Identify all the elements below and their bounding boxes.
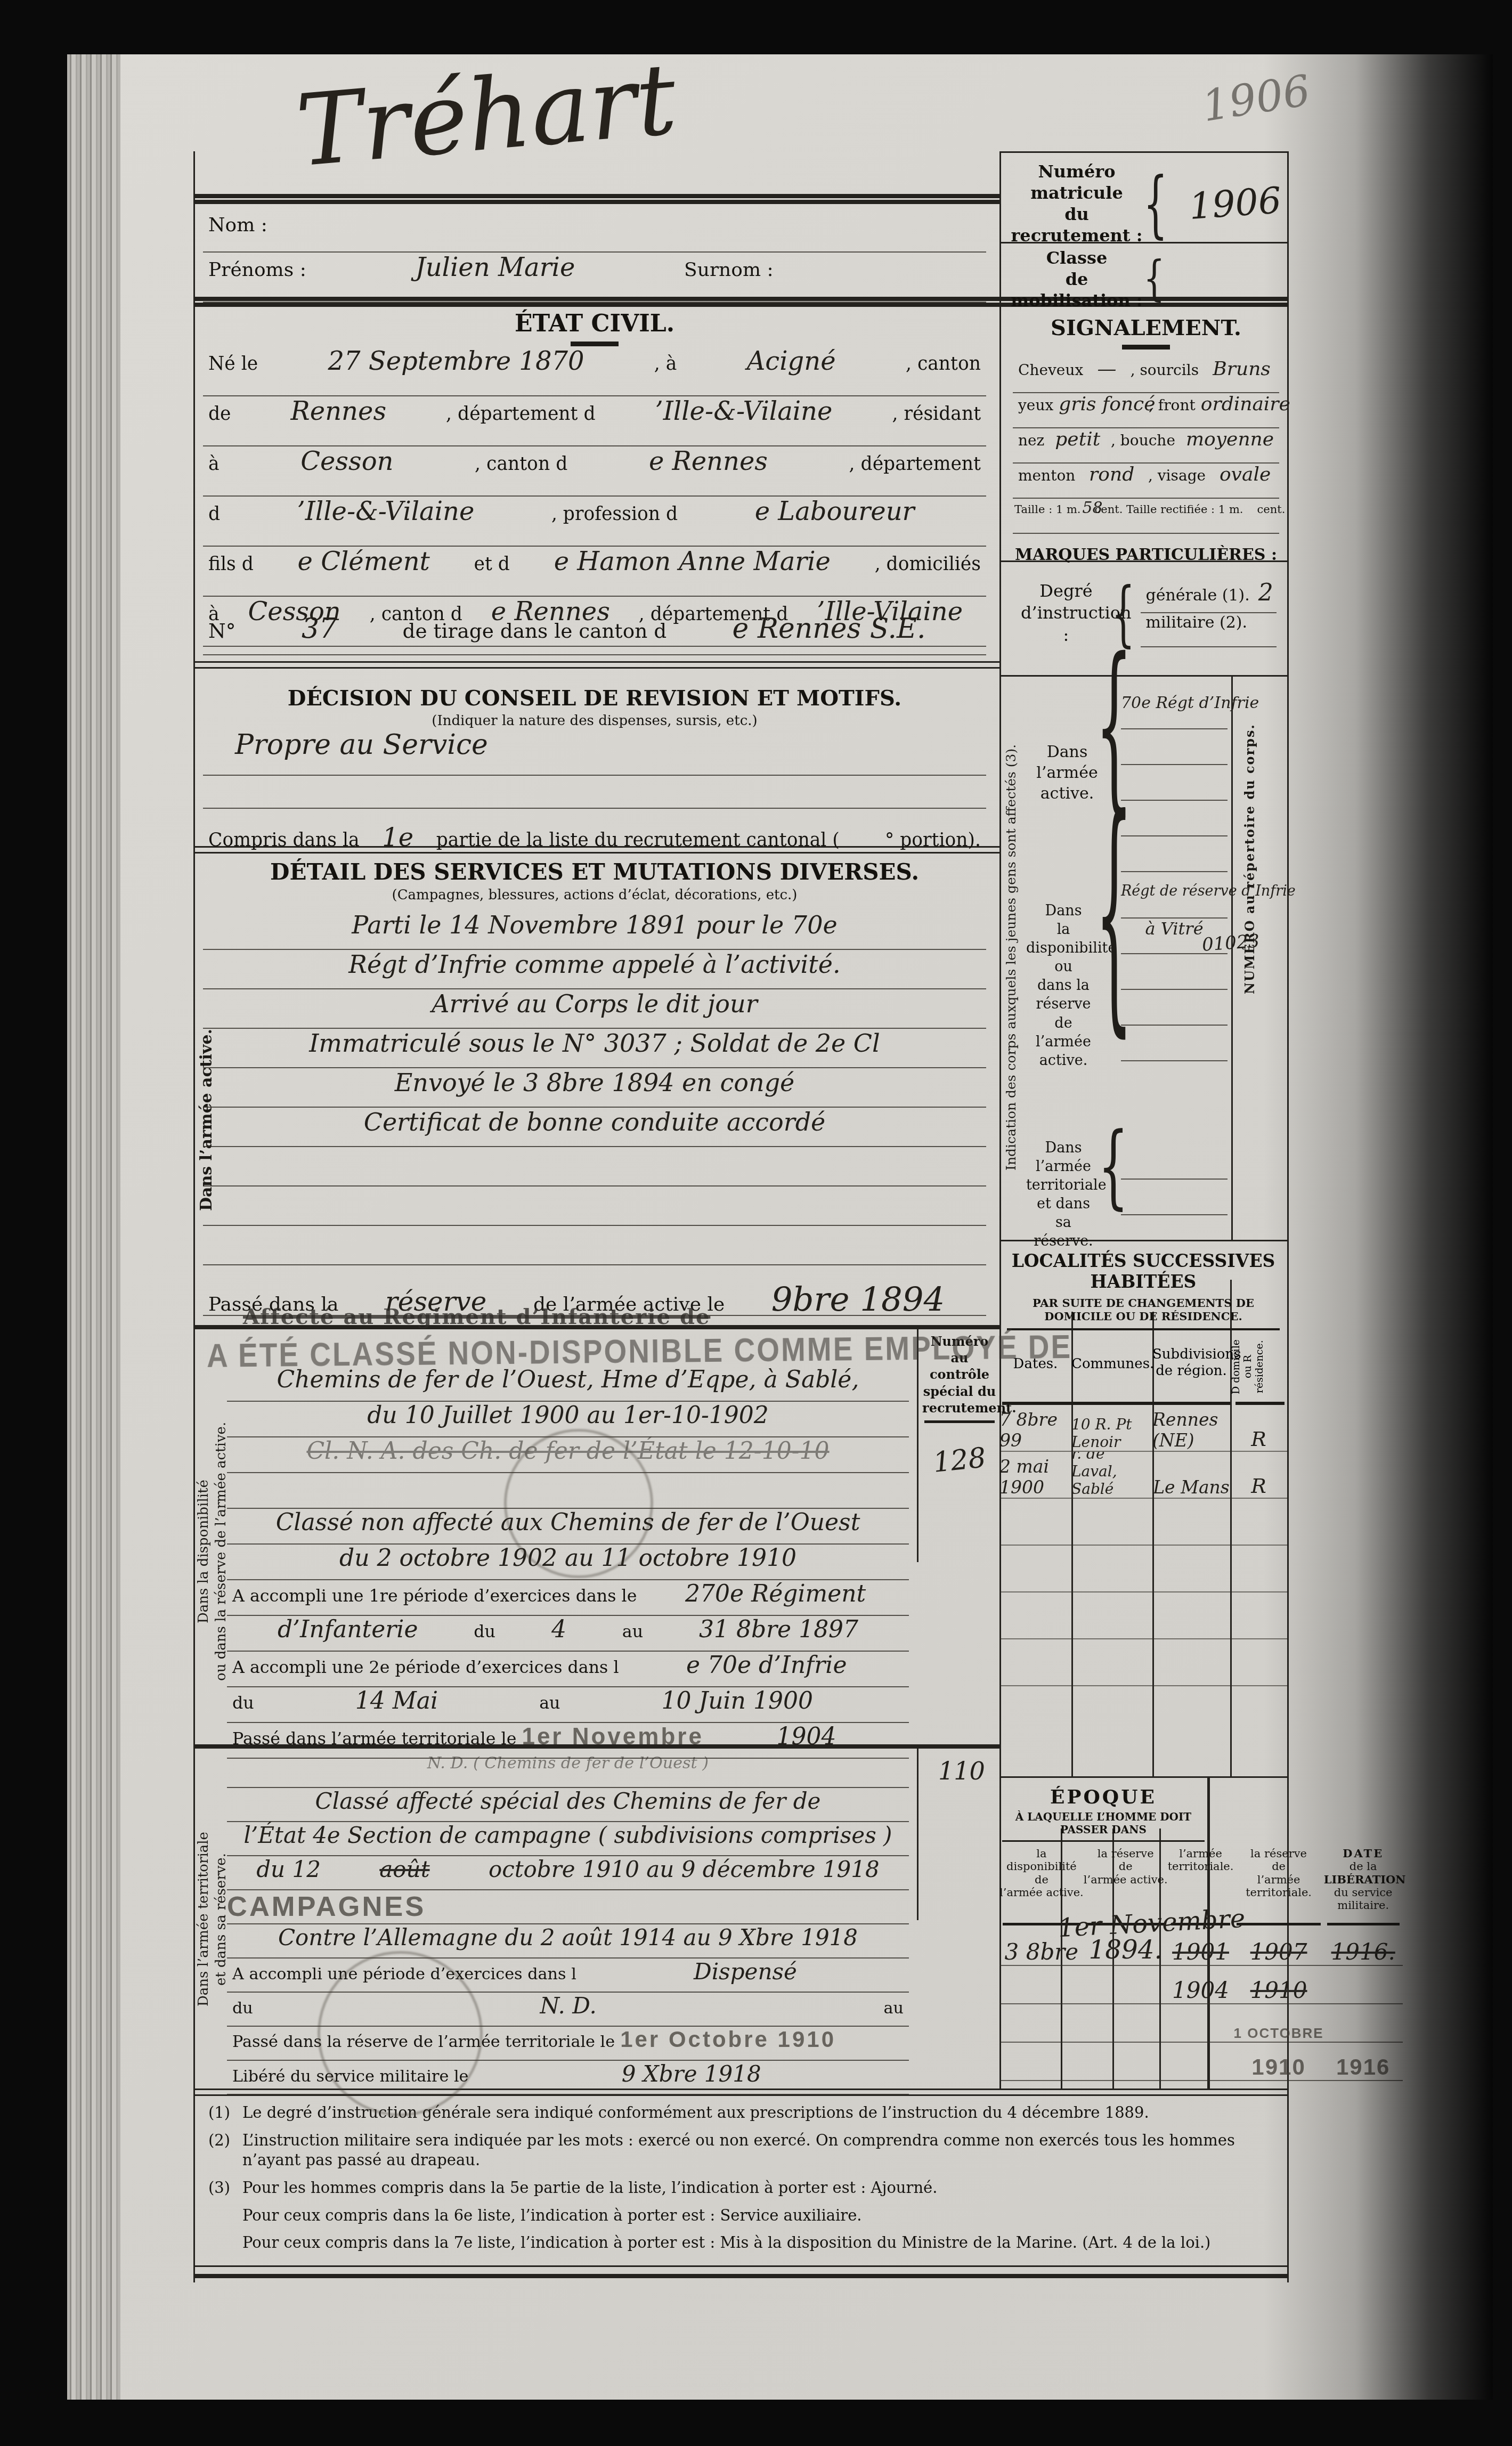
form-segment: Bruns [1204, 358, 1279, 380]
form-segment: à [203, 453, 225, 475]
brace: { [1143, 161, 1168, 246]
label-line: de région. [1152, 1363, 1230, 1379]
form-segment: , bouche [1105, 432, 1181, 449]
form-segment: petit [1050, 428, 1105, 450]
divider [1327, 1923, 1400, 1925]
label-line: sa réserve. [1026, 1213, 1101, 1250]
form-segment: 27 Septembre 1870 [263, 346, 649, 376]
matricule-block: Numéro matricule du recrutement : { 1906 [1010, 161, 1282, 246]
form-segment: ° portion). [880, 830, 986, 851]
footnote-number: (1) [208, 2103, 242, 2123]
epoque-column: l’armée territoriale. 1901 [1168, 1845, 1234, 2081]
form-segment: e Hamon Anne Marie [515, 547, 869, 576]
form-segment: ’Ille-&-Vilaine [225, 497, 546, 526]
signalement-row: Taille : 1 m. 58 cent. Taille rectifiée … [1013, 499, 1279, 534]
localites-date [999, 1592, 1071, 1639]
label-line: territoriale [1026, 1176, 1101, 1194]
localites-commune [1071, 1639, 1152, 1686]
form-segment: 9 Xbre 1918 [474, 2061, 909, 2087]
epoque-value-cell [1168, 2004, 1234, 2043]
form-segment: Contre l’Allemagne du 2 août 1914 au 9 X… [227, 1924, 909, 1951]
militaire-label: militaire (2). [1141, 613, 1253, 632]
header-line: la [999, 1847, 1084, 1860]
form-segment: Dispensé [582, 1959, 909, 1985]
service-line [203, 1147, 986, 1187]
services-title: DÉTAIL DES SERVICES ET MUTATIONS DIVERSE… [203, 859, 986, 885]
localites-col-subdiv: Subdivisions de région. [1152, 1335, 1230, 1399]
epoque-value: 1910 [1233, 1977, 1323, 2003]
form-segment: du [227, 1694, 259, 1713]
form-segment: e Laboureur [683, 497, 986, 526]
etat-civil-row: d ’Ille-&-Vilaine , profession d e Labou… [203, 497, 986, 547]
header-line: territoriale. [1168, 1860, 1234, 1873]
form-segment: , sourcils [1125, 361, 1204, 379]
service-line [203, 1187, 986, 1226]
epoque-value: 1 OCTOBRE [1233, 2025, 1323, 2042]
disponibilite-line: du 14 Mai au 10 Juin 1900 [227, 1687, 909, 1723]
epoque-value: 1901 [1168, 1939, 1234, 1965]
epoque-value-cell: 1910 [1233, 1966, 1323, 2004]
form-segment: , visage [1143, 467, 1211, 484]
decision-section: DÉCISION DU CONSEIL DE REVISION ET MOTIF… [203, 686, 986, 852]
service-line: Arrivé au Corps le dit jour [203, 989, 986, 1029]
localites-col-communes: Communes. [1071, 1335, 1152, 1399]
form-segment: Parti le 14 Novembre 1891 pour le 70e [203, 911, 986, 939]
corps-dispo-label: Dans la disponibilité ou dans la réserve… [1026, 901, 1101, 1070]
form-segment: 1er Octobre 1910 [620, 2027, 836, 2052]
non-disponible-stamp: A ÉTÉ CLASSÉ NON-DISPONIBLE COMME EMPLOY… [207, 1328, 990, 1375]
form-segment: menton [1013, 467, 1080, 484]
corps-side-label: Indication des corps auxquels les jeunes… [1003, 686, 1019, 1229]
form-segment: 4 [501, 1616, 617, 1643]
form-segment: moyenne [1181, 428, 1279, 450]
localites-dr: R [1230, 1452, 1287, 1499]
header-line: du service [1324, 1886, 1403, 1899]
localites-dr [1230, 1546, 1287, 1592]
divider [193, 2265, 1289, 2267]
numero-controle-label-4: recrutement. [922, 1400, 997, 1416]
divider [999, 1776, 1289, 1778]
label-line: la disponibilité [1026, 920, 1101, 957]
form-segment: e 70e d’Infrie [624, 1652, 909, 1679]
form-segment: , profession d [546, 503, 683, 525]
form-segment: d [203, 503, 225, 525]
epoque-value-cell [999, 2043, 1084, 2081]
corps-active-lines: 70e Régt d’Infrie [1121, 694, 1228, 872]
form-segment: Cheveux [1013, 361, 1088, 379]
epoque-value-cell: 1916 [1324, 2043, 1403, 2081]
signalement-section: SIGNALEMENT. Cheveux — , sourcils Bruns [1013, 315, 1279, 564]
divider [193, 194, 999, 198]
form-segment: , canton [900, 353, 986, 375]
form-segment: de tirage dans le canton d [397, 619, 672, 643]
epoque-value: 1910 [1251, 2054, 1305, 2080]
page-stack-edge [67, 54, 120, 2400]
divider [999, 675, 1289, 677]
divider [1237, 1923, 1320, 1925]
postal-round-stamp [504, 1429, 653, 1578]
numero-controle-label-3: spécial du [922, 1383, 997, 1400]
disponibilite-side-label: Dans la disponibilité ou dans la réserve… [195, 1370, 230, 1733]
territoriale-side-label: Dans l’armée territoriale et dans sa rés… [195, 1775, 230, 2063]
localites-date [999, 1499, 1071, 1546]
epoque-value-cell: 1904 [1168, 1966, 1234, 2004]
epoque-value: 1904 [1168, 1977, 1234, 2003]
instruction-section: Degré d’instruction : { générale (1). 2 … [1021, 579, 1277, 647]
form-segment: , département [844, 453, 986, 475]
surname-script: Tréhart [292, 54, 681, 189]
form-segment: 58 [1083, 499, 1093, 517]
divider [1002, 1840, 1205, 1842]
etat-civil-row: de Rennes , département d ’Ille-&-Vilain… [203, 396, 986, 446]
etat-civil-row: à Cesson , canton d e Rennes , départeme… [203, 446, 986, 497]
ornament [1122, 345, 1170, 350]
localites-dr [1230, 1592, 1287, 1639]
form-segment: l’État 4e Section de campagne ( subdivis… [227, 1822, 909, 1848]
form-segment: 14 Mai [259, 1687, 534, 1714]
disponibilite-line: A accompli une 1re période d’exercices d… [227, 1580, 909, 1616]
localites-subdivision: Le Mans [1152, 1452, 1230, 1499]
crossed-regiment-stamp: Affecté au Régiment d’Infanterie de [243, 1304, 710, 1329]
form-segment: e Rennes [573, 446, 843, 476]
territoriale-line: Contre l’Allemagne du 2 août 1914 au 9 X… [227, 1924, 909, 1959]
epoque-value: 3 8bre [999, 1939, 1084, 1965]
epoque-value-cell [1168, 2043, 1234, 2081]
label-line: l’armée active. [1033, 762, 1102, 804]
divider [193, 2274, 1289, 2278]
signalement-row: yeux gris foncé , front ordinaire [1013, 393, 1279, 428]
localites-col-dr: D domicile ou R résidence. [1230, 1335, 1287, 1399]
epoque-subtitle: À LAQUELLE L’HOMME DOIT PASSER DANS [999, 1810, 1207, 1836]
epoque-table: la disponibilité de l’armée active. 3 8b… [999, 1845, 1287, 2081]
territoriale-line: N. D. ( Chemins de fer de l’Ouest ) [227, 1754, 909, 1788]
matricule-label-1: Numéro matricule [1010, 161, 1143, 204]
divider [924, 1420, 995, 1423]
form-segment: , front [1143, 396, 1201, 414]
epoque-column: la réserve de l’armée active. 1894. [1084, 1845, 1168, 2081]
services-section: DÉTAIL DES SERVICES ET MUTATIONS DIVERSE… [203, 859, 986, 1265]
form-segment: du 10 Juillet 1900 au 1er-10-1902 [227, 1402, 909, 1429]
disponibilite-line: A accompli une 2e période d’exercices da… [227, 1652, 909, 1687]
form-segment: Immatriculé sous le N° 3037 ; Soldat de … [203, 1029, 986, 1058]
form-segment: Taille : 1 m. [1013, 503, 1083, 516]
header-line: de la [1324, 1860, 1403, 1873]
header-line: la réserve [1233, 1847, 1323, 1860]
register-page: 1906 Tréhart [67, 54, 1493, 2400]
header-line: militaire. [1324, 1899, 1403, 1912]
form-segment: Rennes [237, 396, 441, 426]
territoriale-line: A accompli une période d’exercices dans … [227, 1959, 909, 1993]
form-segment: Certificat de bonne conduite accordé [203, 1108, 986, 1136]
corps-terr-label: Dans l’armée territoriale et dans sa rés… [1026, 1139, 1101, 1251]
disponibilite-line: Passé dans l’armée territoriale le 1er N… [227, 1723, 909, 1759]
header-line: de [1084, 1860, 1168, 1873]
form-segment: Classé affecté spécial des Chemins de fe… [227, 1788, 909, 1814]
epoque-value: 1916 [1336, 2054, 1390, 2080]
form-segment: , à [649, 353, 682, 375]
etat-civil-row: Né le 27 Septembre 1870 , à Acigné , can… [203, 346, 986, 396]
epoque-column-header: la réserve de l’armée territoriale. [1233, 1845, 1323, 1923]
epoque-title: ÉPOQUE [999, 1786, 1207, 1808]
form-segment: e Clément [259, 547, 469, 576]
header-line: l’armée active. [1084, 1873, 1168, 1886]
label-line: Dans [1026, 901, 1101, 920]
localites-commune [1071, 1592, 1152, 1639]
footnote-text: Pour ceux compris dans la 7e liste, l’in… [242, 2233, 1210, 2253]
brace: { [1143, 251, 1165, 307]
etat-civil-rows: Né le 27 Septembre 1870 , à Acigné , can… [203, 346, 986, 647]
matricule-value: 1906 [1188, 180, 1282, 228]
localites-commune: 10 R. Pt Lenoir [1071, 1405, 1152, 1452]
form-segment: rond [1080, 464, 1143, 485]
footnote: Pour ceux compris dans la 6e liste, l’in… [208, 2206, 1274, 2226]
corps-terr-lines [1121, 1144, 1228, 1215]
corps-dispo-value-1: Régt de réserve d’Infrie [1121, 883, 1228, 899]
divider [999, 151, 1289, 153]
footnote-text: Pour ceux compris dans la 6e liste, l’in… [242, 2206, 862, 2226]
form-segment: au [617, 1622, 648, 1641]
signalement-row: Cheveux — , sourcils Bruns [1013, 358, 1279, 393]
footnote-number: (2) [208, 2131, 242, 2151]
localites-commune [1071, 1546, 1152, 1592]
form-segment: août [350, 1856, 459, 1882]
localites-title: LOCALITÉS SUCCESSIVES HABITÉES [999, 1250, 1287, 1292]
form-segment: Envoyé le 3 8bre 1894 en congé [203, 1068, 986, 1097]
form-segment: — [1088, 358, 1125, 380]
localites-date: 2 mai 1900 [999, 1452, 1071, 1499]
form-segment: fils d [203, 554, 259, 575]
localites-date: 7 8bre 99 [999, 1405, 1071, 1452]
footnote: Pour ceux compris dans la 7e liste, l’in… [208, 2233, 1274, 2253]
form-segment: Cesson [225, 446, 469, 476]
decision-title: DÉCISION DU CONSEIL DE REVISION ET MOTIF… [203, 686, 986, 711]
form-segment: Acigné [682, 346, 900, 376]
generale-label: générale (1). [1141, 586, 1255, 605]
localites-dr: R [1230, 1405, 1287, 1452]
instruction-label-1: Degré [1021, 580, 1111, 603]
header-line: l’armée active. [999, 1886, 1084, 1899]
form-segment: et d [469, 554, 515, 575]
form-segment: d’Infanterie [227, 1616, 468, 1643]
tirage-row: N° 37 de tirage dans le canton d e Renne… [203, 613, 986, 655]
form-segment: au [534, 1694, 565, 1713]
service-line: Parti le 14 Novembre 1891 pour le 70e [203, 911, 986, 950]
etat-civil-row: fils d e Clément et d e Hamon Anne Marie… [203, 547, 986, 597]
form-segment: 10 Juin 1900 [566, 1687, 909, 1714]
form-segment: 1e [365, 823, 431, 852]
decision-caption: (Indiquer la nature des dispenses, sursi… [203, 713, 986, 729]
classe-label-1: Classe [1010, 247, 1143, 269]
form-segment: e Rennes S.E. [672, 613, 986, 645]
numero-controle-value: 128 [921, 1441, 998, 1480]
header-line: l’armée [1168, 1847, 1234, 1860]
form-segment: gris foncé [1059, 393, 1143, 415]
localites-subdivision: Rennes (NE) [1152, 1405, 1230, 1452]
epoque-value-cell [1324, 2004, 1403, 2043]
form-segment: CAMPAGNES [227, 1890, 426, 1923]
footnote-text: Pour les hommes compris dans la 5e parti… [242, 2178, 937, 2198]
surnom-label: Surnom : [679, 259, 779, 281]
side-label-line: ou dans la réserve de l’armée active. [213, 1422, 229, 1681]
etat-civil-title: ÉTAT CIVIL. [203, 310, 986, 337]
epoque-date-column: DATE de la LIBÉRATION du service militai… [1324, 1845, 1403, 2081]
epoque-value-cell [1324, 1966, 1403, 2004]
form-segment: 1904 [704, 1723, 909, 1750]
localites-date [999, 1546, 1071, 1592]
services-caption: (Campagnes, blessures, actions d’éclat, … [203, 887, 986, 903]
epoque-column: la disponibilité de l’armée active. 3 8b… [999, 1845, 1084, 2081]
classe-label-2: de mobilisation : [1010, 269, 1143, 311]
service-line: Régt d’Infrie comme appelé à l’activité. [203, 950, 986, 989]
form-segment: , résidant [887, 403, 986, 425]
form-segment: Régt d’Infrie comme appelé à l’activité. [203, 950, 986, 979]
header-line: l’armée [1233, 1873, 1323, 1886]
service-line: Certificat de bonne conduite accordé [203, 1108, 986, 1147]
epoque-date-header: DATE de la LIBÉRATION du service militai… [1324, 1845, 1403, 1923]
epoque-value-cell [1084, 2043, 1168, 2081]
territoriale-line: l’État 4e Section de campagne ( subdivis… [227, 1822, 909, 1856]
corps-active-label: Dans l’armée active. [1033, 742, 1102, 804]
form-segment: N° [203, 619, 241, 643]
form-segment: N. D. ( Chemins de fer de l’Ouest ) [227, 1754, 909, 1773]
territoriale-line: CAMPAGNES [227, 1890, 909, 1924]
matricule-label-2: du recrutement : [1010, 204, 1143, 246]
form-segment: du 12 [227, 1856, 350, 1882]
form-segment: Passé dans l’armée territoriale le [227, 1729, 522, 1749]
repertoire-label: NUMÉRO au répertoire du corps. [1242, 710, 1258, 1008]
form-segment: ’Ille-&-Vilaine [601, 396, 887, 426]
form-segment: , canton d [469, 453, 573, 475]
localites-subdivision [1152, 1639, 1230, 1686]
territoriale-line: du 12 août octobre 1910 au 9 décembre 19… [227, 1856, 909, 1890]
footnote-text: L’instruction militaire sera indiquée pa… [242, 2131, 1274, 2171]
epoque-section: ÉPOQUE À LAQUELLE L’HOMME DOIT PASSER DA… [999, 1786, 1287, 2081]
signalement-title: SIGNALEMENT. [1013, 315, 1279, 340]
localites-dr [1230, 1639, 1287, 1686]
footnotes-section: (1) Le degré d’instruction générale sera… [208, 2103, 1274, 2261]
epoque-value-cell: 1907 [1233, 1928, 1323, 1966]
signalement-row: menton rond , visage ovale [1013, 464, 1279, 499]
side-label-line: Dans l’armée territoriale [196, 1832, 212, 2006]
form-segment: du [468, 1622, 501, 1641]
prenoms-value: Julien Marie [312, 253, 679, 282]
classe-block: Classe de mobilisation : { [1010, 247, 1282, 311]
form-segment: 1er Novembre [522, 1724, 703, 1750]
side-label-line: et dans sa réserve. [213, 1852, 229, 1985]
form-segment: de [203, 403, 237, 425]
form-segment: nez [1013, 432, 1050, 449]
numero-controle-value-2: 110 [938, 1757, 985, 1785]
divider [1231, 675, 1233, 1240]
corps-dispo-number: 01023 [1201, 930, 1261, 955]
epoque-value-cell [1084, 1966, 1168, 2004]
signalement-row: nez petit , bouche moyenne [1013, 428, 1279, 464]
form-segment: cent. [1255, 503, 1287, 516]
header-line: disponibilité [999, 1860, 1084, 1873]
service-line: Immatriculé sous le N° 3037 ; Soldat de … [203, 1029, 986, 1068]
epoque-value-cell: 1910 [1233, 2043, 1323, 2081]
divider [193, 661, 999, 663]
localites-subdivision [1152, 1546, 1230, 1592]
header-line: la réserve [1084, 1847, 1168, 1860]
epoque-column: la réserve de l’armée territoriale. 1907 [1233, 1845, 1323, 2081]
form-segment: , domiciliés [869, 554, 986, 575]
label-line: dans la réserve [1026, 976, 1101, 1013]
service-line [203, 1226, 986, 1265]
generale-value: 2 [1255, 579, 1277, 606]
form-segment: partie de la liste du recrutement canton… [431, 830, 845, 851]
form-segment: Compris dans la [203, 830, 365, 851]
header-line: territoriale. [1233, 1886, 1323, 1899]
localites-dr [1230, 1499, 1287, 1546]
services-lines: Parti le 14 Novembre 1891 pour le 70e Ré… [203, 911, 986, 1265]
form-segment: 31 8bre 1897 [648, 1616, 909, 1643]
epoque-value: 1916. [1324, 1939, 1403, 1965]
corps-active-value: 70e Régt d’Infrie [1121, 694, 1228, 712]
form-segment: 9bre 1894 [730, 1280, 986, 1319]
label-line: et dans [1026, 1194, 1101, 1213]
nom-row: Nom : Prénoms : Julien Marie Surnom : [203, 214, 986, 303]
footnote-number: (3) [208, 2178, 242, 2198]
header-line: DATE [1324, 1847, 1403, 1860]
footnote: (2) L’instruction militaire sera indiqué… [208, 2131, 1274, 2171]
form-segment: ordinaire [1201, 393, 1279, 415]
pencil-year-annotation: 1906 [1199, 66, 1314, 132]
form-segment: yeux [1013, 396, 1059, 414]
divider [193, 151, 195, 2282]
form-segment: , département d [441, 403, 601, 425]
localites-subdivision [1152, 1499, 1230, 1546]
form-segment: 270e Régiment [642, 1580, 909, 1607]
label-line: Subdivisions [1152, 1346, 1230, 1363]
epoque-value-cell [999, 1966, 1084, 2004]
localites-commune [1071, 1499, 1152, 1546]
label-line: de [1026, 1014, 1101, 1033]
localites-date [999, 1639, 1071, 1686]
epoque-value: 1907 [1233, 1939, 1323, 1965]
form-segment: du [227, 1999, 258, 2018]
localites-commune: r. de Laval, Sablé [1071, 1452, 1152, 1499]
divider [917, 1744, 918, 1920]
label-line: ou [1026, 957, 1101, 976]
form-segment: Arrivé au Corps le dit jour [203, 989, 986, 1018]
territoriale-line: Classé affecté spécial des Chemins de fe… [227, 1788, 909, 1822]
label-line: Dans l’armée [1026, 1139, 1101, 1176]
form-segment: Né le [203, 353, 263, 375]
header-line: de [999, 1873, 1084, 1886]
label-line: l’armée active. [1026, 1033, 1101, 1070]
localites-subtitle: PAR SUITE DE CHANGEMENTS DE DOMICILE OU … [999, 1296, 1287, 1323]
localites-section: LOCALITÉS SUCCESSIVES HABITÉES PAR SUITE… [999, 1250, 1287, 1686]
nom-label: Nom : [203, 214, 273, 236]
etat-civil-section: ÉTAT CIVIL. Né le 27 Septembre 1870 , à … [203, 310, 986, 647]
localites-subdivision [1152, 1592, 1230, 1639]
disponibilite-line: d’Infanterie du 4 au 31 8bre 1897 [227, 1616, 909, 1652]
postal-round-stamp-2 [318, 1951, 483, 2116]
signalement-rows: Cheveux — , sourcils Bruns yeux [1013, 358, 1279, 534]
form-segment: octobre 1910 au 9 décembre 1918 [459, 1856, 909, 1882]
epoque-value-cell [1084, 2004, 1168, 2043]
epoque-value-cell: 1916. [1324, 1928, 1403, 1966]
epoque-value-cell [999, 2004, 1084, 2043]
compris-row: Compris dans la 1e partie de la liste du… [203, 823, 986, 852]
marques-label: MARQUES PARTICULIÈRES : [1013, 546, 1279, 564]
header-line: de [1233, 1860, 1323, 1873]
form-segment: A accompli une 2e période d’exercices da… [227, 1658, 624, 1677]
corps-dispo-lines: Régt de réserve d’Infrie à Vitré [1121, 883, 1228, 1061]
scanned-register-photo: 1906 Tréhart [0, 0, 1512, 2446]
epoque-value-cell: 1 OCTOBRE [1233, 2004, 1323, 2043]
